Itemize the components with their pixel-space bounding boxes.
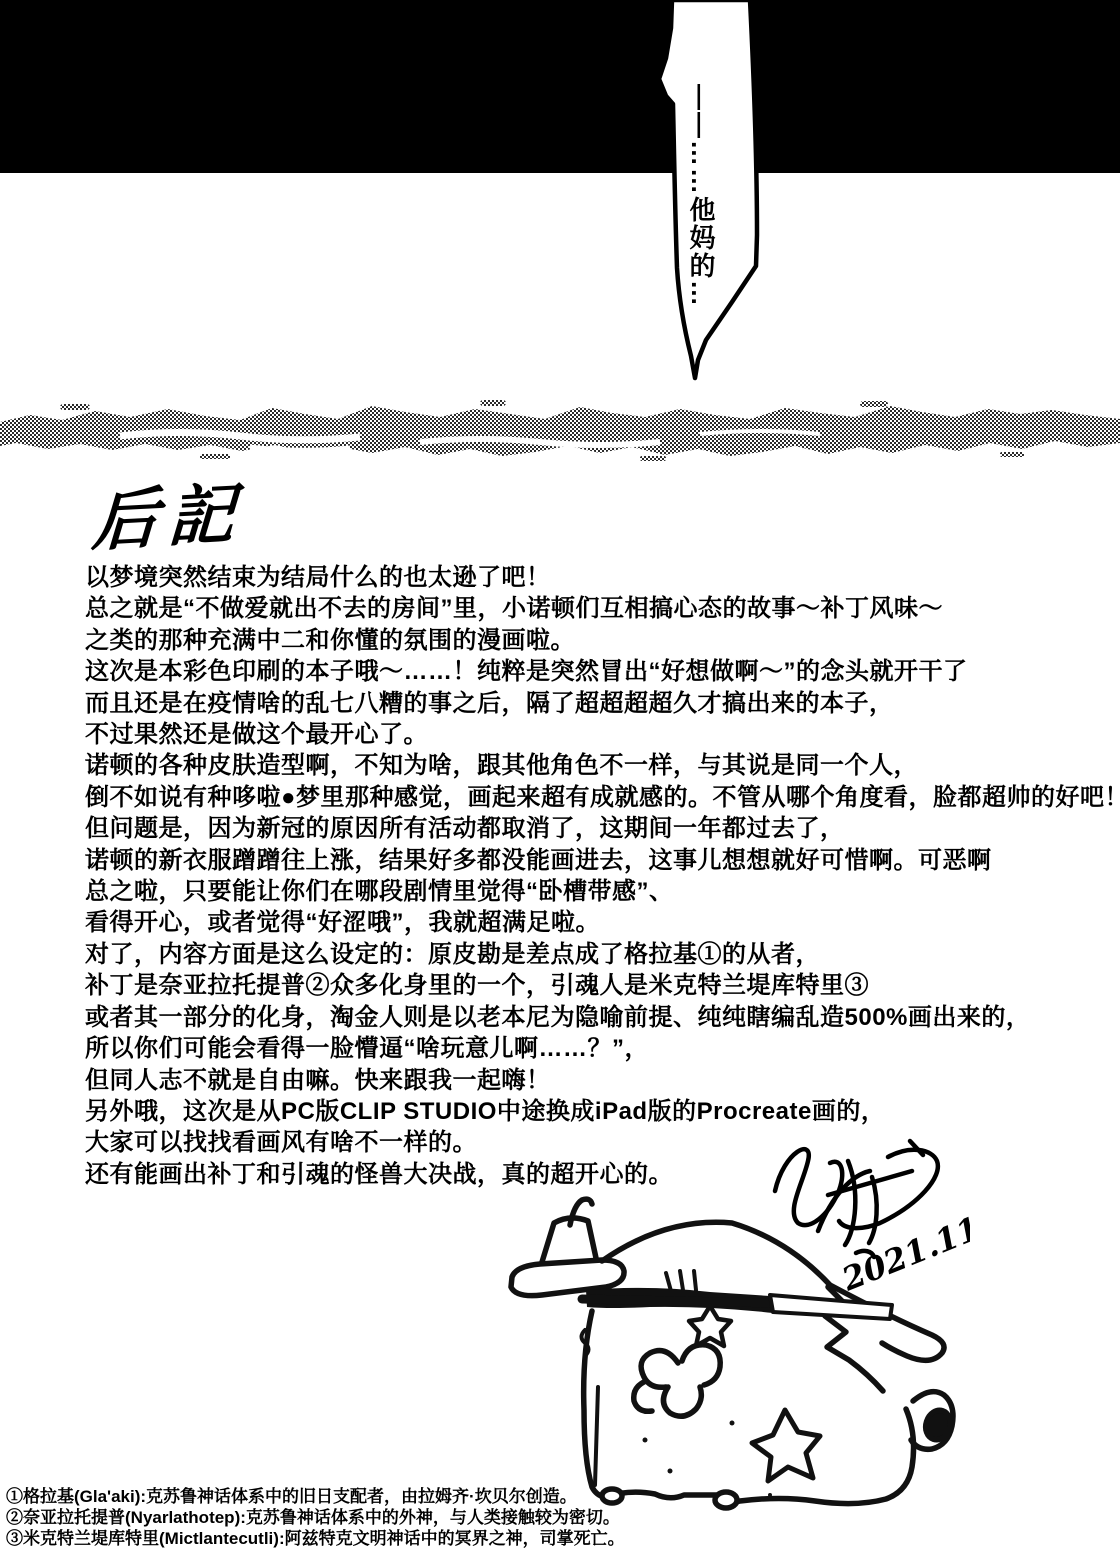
afterword-body: 以梦境突然结束为结局什么的也太逊了吧！ 总之就是“不做爱就出不去的房间”里，小诺…	[85, 562, 1105, 1190]
doodle-leg-crease	[595, 1387, 598, 1485]
speech-bubble-text: ——……他妈的…	[688, 84, 714, 309]
afterword-line: 倒不如说有种哆啦●梦里那种感觉，画起来超有成就感的。不管从哪个角度看，脸都超帅的…	[85, 782, 1105, 813]
afterword-line: 补丁是奈亚拉托提普②众多化身里的一个，引魂人是米克特兰堤库特里③	[85, 970, 1105, 1001]
doodle-star-nose	[689, 1306, 731, 1346]
afterword-line: 但同人志不就是自由嘛。快来跟我一起嗨！	[85, 1065, 1105, 1096]
doodle-body-star	[752, 1410, 820, 1481]
afterword-line: 所以你们可能会看得一脸懵逼“啥玩意儿啊……？”，	[85, 1033, 1105, 1064]
manga-afterword-page: ——……他妈的… 后記 以梦境突然结束为结局什么的也太逊了吧！ 总之就是“不做爱…	[0, 0, 1120, 1559]
footnotes: ①格拉基(Gla'aki):克苏鲁神话体系中的旧日支配者，由拉姆齐·坎贝尔创造。…	[6, 1487, 766, 1549]
afterword-line: 另外哦，这次是从PC版CLIP STUDIO中途换成iPad版的Procreat…	[85, 1096, 1105, 1127]
footnote: ②奈亚拉托提普(Nyarlathotep):克苏鲁神话体系中的外神，与人类接触较…	[6, 1508, 766, 1529]
torn-halftone-band	[0, 396, 1120, 464]
afterword-line: 以梦境突然结束为结局什么的也太逊了吧！	[85, 562, 1105, 593]
afterword-line: 这次是本彩色印刷的本子哦～……！纯粹是突然冒出“好想做啊～”的念头就开干了	[85, 656, 1105, 687]
afterword-line: 而且还是在疫情啥的乱七八糟的事之后，隔了超超超超久才搞出来的本子，	[85, 688, 1105, 719]
afterword-line: 总之啦，只要能让你们在哪段剧情里觉得“卧槽带感”、	[85, 876, 1105, 907]
afterword-line: 对了，内容方面是这么设定的：原皮勘是差点成了格拉基①的从者，	[85, 939, 1105, 970]
footnote: ①格拉基(Gla'aki):克苏鲁神话体系中的旧日支配者，由拉姆齐·坎贝尔创造。	[6, 1487, 766, 1508]
top-panel-black-band	[0, 0, 1120, 173]
afterword-line: 或者其一部分的化身，淘金人则是以老本尼为隐喻前提、纯纯瞎编乱造500%画出来的，	[85, 1002, 1105, 1033]
afterword-line: 之类的那种充满中二和你懂的氛围的漫画啦。	[85, 625, 1105, 656]
afterword-line: 诺顿的各种皮肤造型啊，不知为啥，跟其他角色不一样，与其说是同一个人，	[85, 750, 1105, 781]
afterword-line: 看得开心，或者觉得“好涩哦”，我就超满足啦。	[85, 907, 1105, 938]
afterword-line: 但问题是，因为新冠的原因所有活动都取消了，这期间一年都过去了，	[85, 813, 1105, 844]
afterword-line: 诺顿的新衣服蹭蹭往上涨，结果好多都没能画进去，这事儿想想就好可惜啊。可恶啊	[85, 845, 1105, 876]
afterword-line: 不过果然还是做这个最开心了。	[85, 719, 1105, 750]
doodle-eyelashes	[666, 1271, 696, 1291]
footnote: ③米克特兰堤库特里(Mictlantecutli):阿兹特克文明神话中的冥界之神…	[6, 1529, 766, 1550]
doodle-eye-scribble	[582, 1299, 775, 1303]
afterword-line: 总之就是“不做爱就出不去的房间”里，小诺顿们互相搞心态的故事～补丁风味～	[85, 593, 1105, 624]
artist-signature: 2021.11	[760, 1133, 970, 1313]
doodle-clover	[634, 1345, 720, 1416]
doodle-dots	[643, 1421, 773, 1498]
afterword-title: 后記	[90, 460, 247, 563]
